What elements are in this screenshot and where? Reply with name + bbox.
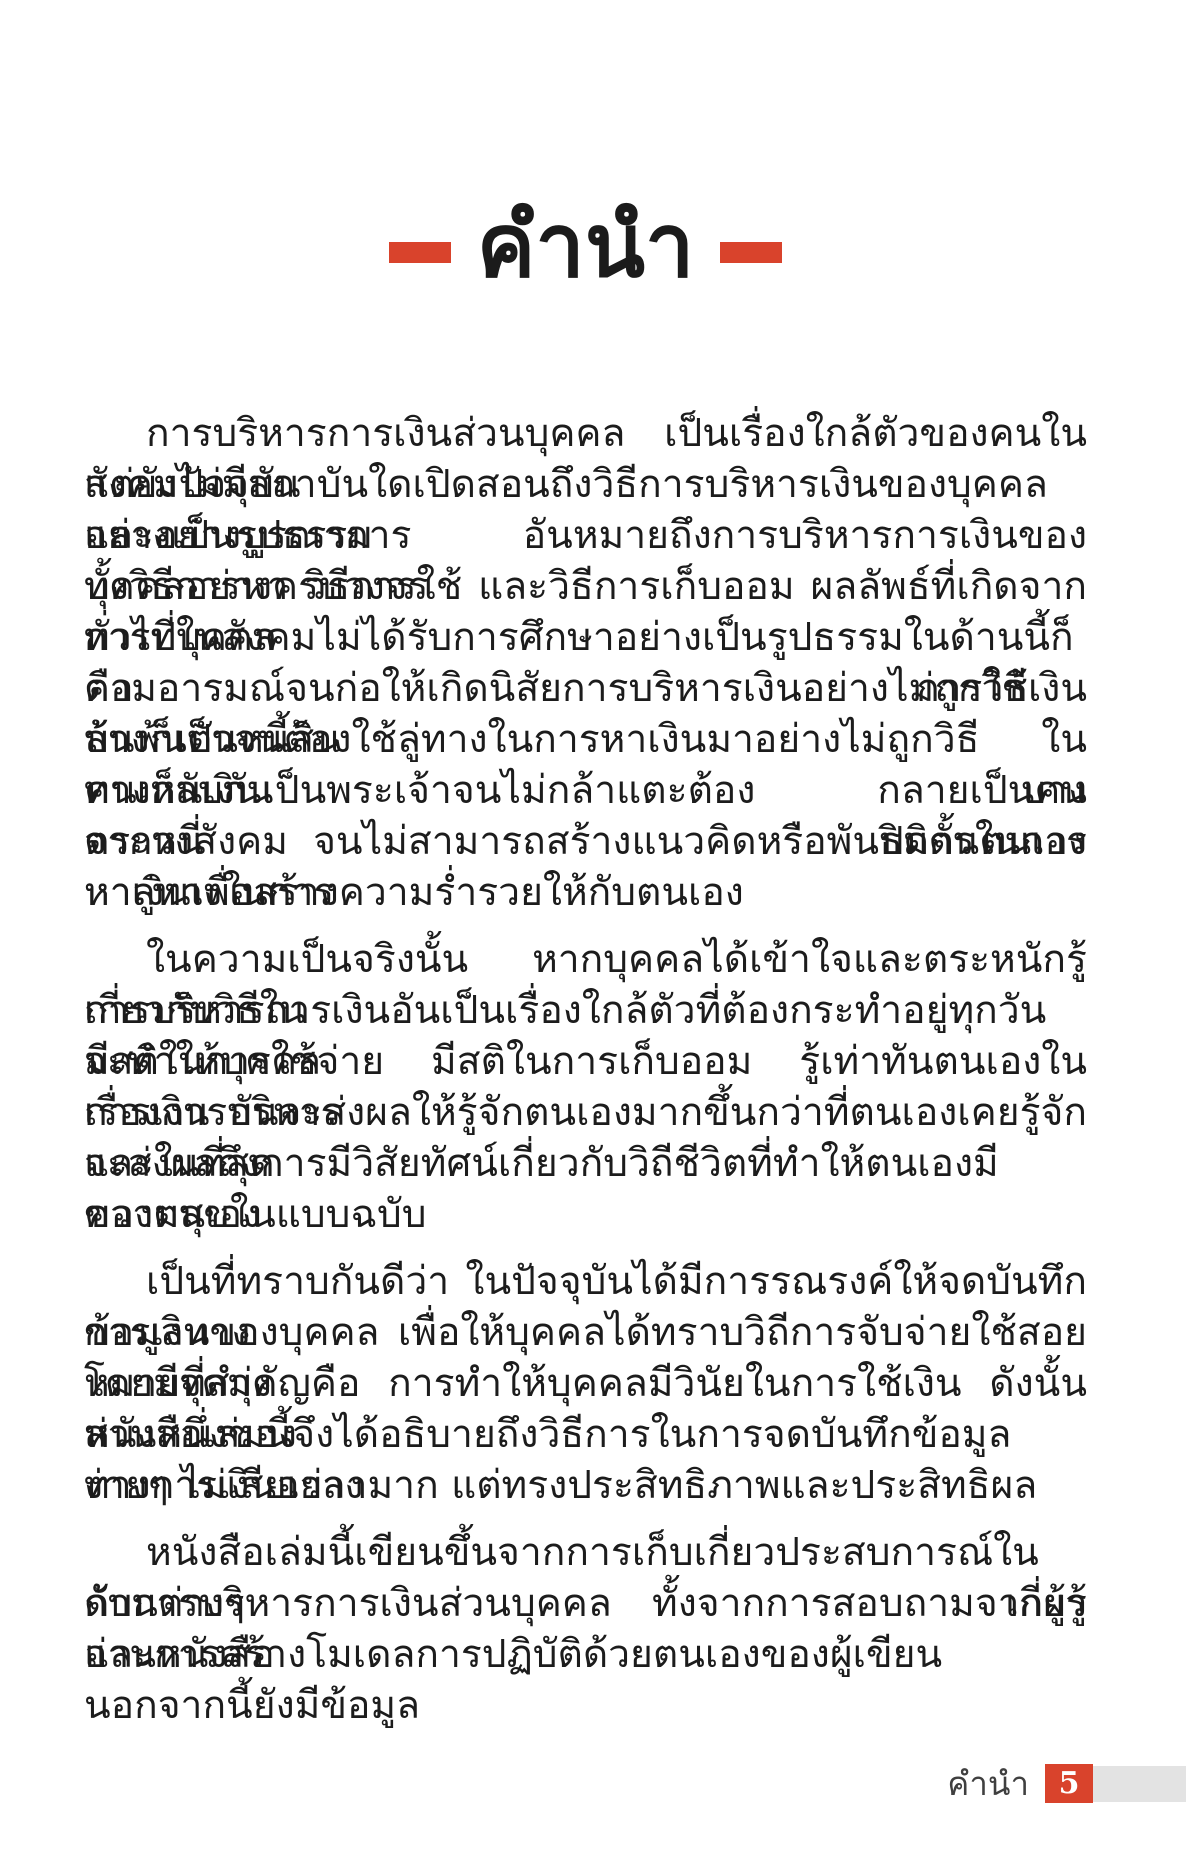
body-line: ง่ายๆ ไม่เสียเวลามาก แต่ทรงประสิทธิภาพแล… <box>84 1460 1087 1511</box>
body-line: ตามอารมณ์จนก่อให้เกิดนิสัยการบริหารเงินอ… <box>84 663 1087 714</box>
paragraph-3: เป็นที่ทราบกันดีว่า ในปัจจุบันได้มีการรณ… <box>84 1256 1087 1511</box>
page-number: 5 <box>1059 1769 1080 1799</box>
body-line: ทั่วไปในสังคมไม่ได้รับการศึกษาอย่างเป็นร… <box>84 612 1087 663</box>
body-line: ล้นพ้นตัวจนต้องใช้ลู่ทางในการหาเงินมาอย่… <box>84 714 1087 765</box>
body-line: กับการบริหารการเงินส่วนบุคคล ทั้งจากการส… <box>84 1578 1087 1629</box>
body-line: แต่ยังไม่มีสถาบันใดเปิดสอนถึงวิธีการบริห… <box>84 459 1087 510</box>
book-page: คำนำ การบริหารการเงินส่วนบุคคล เป็นเรื่อ… <box>0 0 1186 1867</box>
body-line: หนังสือเล่มนี้เขียนขึ้นจากการเก็บเกี่ยวป… <box>84 1527 1087 1578</box>
body-line: จากวงสังคม จนไม่สามารถสร้างแนวคิดหรือพัน… <box>84 816 1087 867</box>
body-line: หนังสือเล่มนี้จึงได้อธิบายถึงวิธีการในกา… <box>84 1409 1087 1460</box>
body-line: ในความเป็นจริงนั้น หากบุคคลได้เข้าใจและต… <box>84 934 1087 985</box>
body-line: และการสร้างโมเดลการปฏิบัติด้วยตนเองของผู… <box>84 1629 1087 1680</box>
body-line: หาเงินเพื่อสร้างความร่ำรวยให้กับตนเอง <box>84 867 1087 918</box>
body-line: การเงินของบุคคล เพื่อให้บุคคลได้ทราบวิถี… <box>84 1307 1087 1358</box>
body-text: การบริหารการเงินส่วนบุคคล เป็นเรื่องใกล้… <box>84 408 1087 1680</box>
body-line: การเงิน อันจะส่งผลให้รู้จักตนเองมากขึ้นก… <box>84 1087 1087 1138</box>
footer-section-label: คำนำ <box>947 1767 1029 1800</box>
footer: คำนำ 5 <box>947 1764 1186 1803</box>
body-line: และอย่างบูรณาการ อันหมายถึงการบริหารการเ… <box>84 510 1087 561</box>
body-line: คนเห็นเงินเป็นพระเจ้าจนไม่กล้าแตะต้อง กล… <box>84 765 1087 816</box>
body-line: เป็นที่ทราบกันดีว่า ในปัจจุบันได้มีการรณ… <box>84 1256 1087 1307</box>
paragraph-1: การบริหารการเงินส่วนบุคคล เป็นเรื่องใกล้… <box>84 408 1087 918</box>
footer-decoration-bar <box>1093 1766 1186 1802</box>
body-line: จะส่งผลถึงการมีวิสัยทัศน์เกี่ยวกับวิถีชี… <box>84 1138 1087 1189</box>
body-line: ทั้งวิธีการหา วิธีการใช้ และวิธีการเก็บอ… <box>84 561 1087 612</box>
body-line: มีสติในการใช้จ่าย มีสติในการเก็บออม รู้เ… <box>84 1036 1087 1087</box>
chapter-title-row: คำนำ <box>84 198 1087 295</box>
body-line: ของตนเอง <box>84 1189 1087 1240</box>
page-title: คำนำ <box>477 198 695 295</box>
title-dash-left-icon <box>389 242 451 263</box>
body-line: การบริหารการเงินอันเป็นเรื่องใกล้ตัวที่ต… <box>84 985 1087 1036</box>
body-line: หมายที่สำคัญคือ การทำให้บุคคลมีวินัยในกา… <box>84 1358 1087 1409</box>
paragraph-4: หนังสือเล่มนี้เขียนขึ้นจากการเก็บเกี่ยวป… <box>84 1527 1087 1680</box>
paragraph-2: ในความเป็นจริงนั้น หากบุคคลได้เข้าใจและต… <box>84 934 1087 1240</box>
page-number-badge: 5 <box>1045 1764 1093 1803</box>
title-dash-right-icon <box>720 242 782 263</box>
body-line: การบริหารการเงินส่วนบุคคล เป็นเรื่องใกล้… <box>84 408 1087 459</box>
